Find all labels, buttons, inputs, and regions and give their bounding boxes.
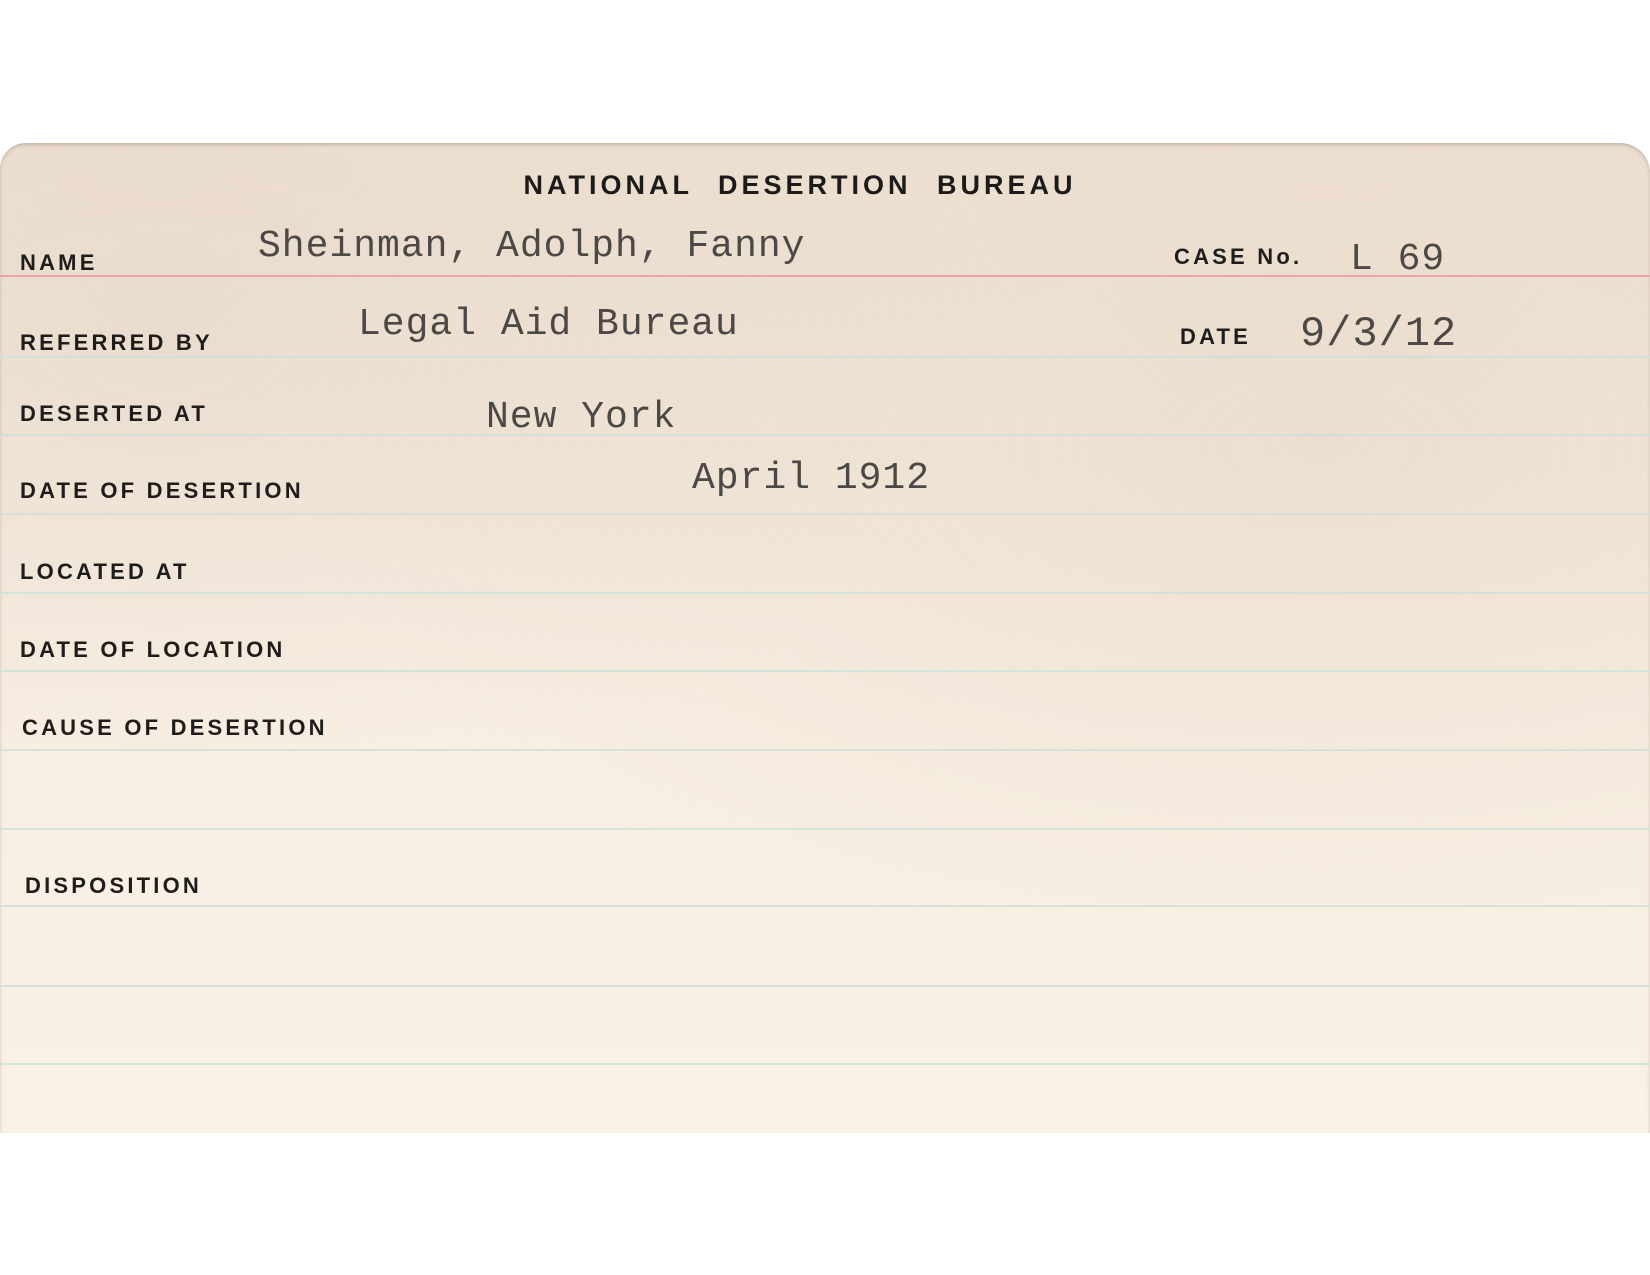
referred-by-value: Legal Aid Bureau [358,303,739,346]
ruled-line [0,749,1650,751]
cause-of-desertion-label: CAUSE OF DESERTION [22,715,328,741]
ruled-line [0,592,1650,594]
ruled-line [0,905,1650,907]
date-of-desertion-label: DATE OF DESERTION [20,478,304,504]
case-no-value: L 69 [1350,238,1445,281]
card-title: NATIONAL DESERTION BUREAU [0,170,1600,201]
deserted-at-label: DESERTED AT [20,401,208,427]
deserted-at-value: New York [486,396,676,439]
ruled-line [0,670,1650,672]
date-of-desertion-value: April 1912 [692,457,930,500]
referred-by-label: REFERRED BY [20,330,213,356]
ruled-line [0,828,1650,830]
name-label: NAME [20,250,98,276]
case-no-label: CASE No. [1174,244,1302,270]
ruled-line [0,1063,1650,1065]
located-at-label: LOCATED AT [20,559,190,585]
disposition-label: DISPOSITION [25,873,202,899]
name-value: Sheinman, Adolph, Fanny [258,225,806,268]
date-label: DATE [1180,324,1251,350]
date-value: 9/3/12 [1300,310,1457,358]
ruled-line [0,985,1650,987]
date-of-location-label: DATE OF LOCATION [20,637,285,663]
ruled-line [0,434,1650,436]
ruled-line [0,513,1650,515]
